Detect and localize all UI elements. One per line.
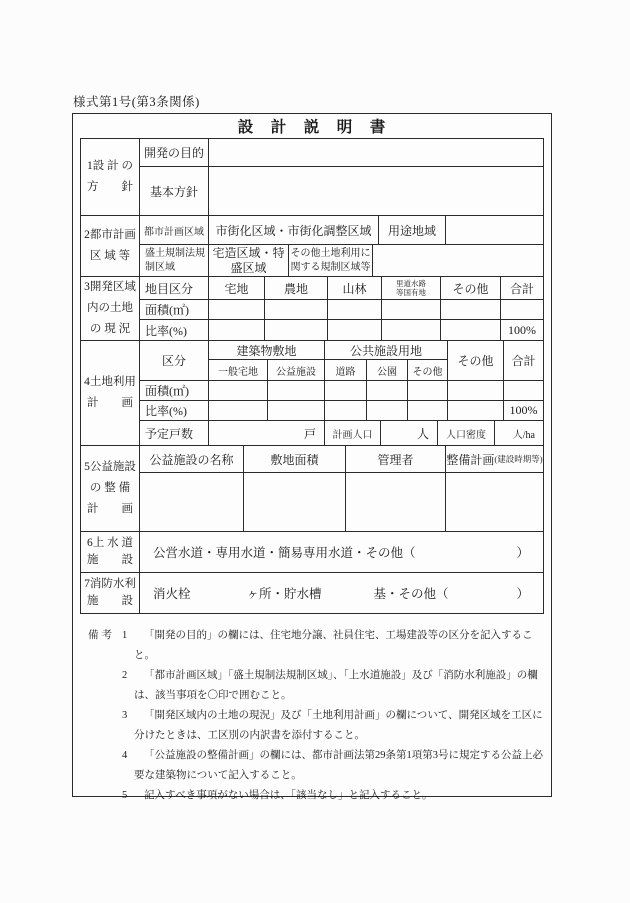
remark-item-2: 2「都市計画区域」「盛土規制法規制区域」、「上水道施設」及び「消防水利施設」の欄…	[122, 666, 543, 706]
form-outer-frame: 設 計 説 明 書 1設 計 の 方 針 開発の目的 基本方針	[72, 113, 552, 797]
ratio-row-label: 比率(%)	[140, 320, 209, 340]
blank-field	[367, 381, 408, 400]
building-site-group: 建築物敷地 一般宅地 公益施設	[209, 341, 325, 380]
urbanization-area-options: 市街化区域・市街化調整区域	[209, 216, 379, 244]
col-header-national-land: 里道水路 等国有地	[382, 277, 441, 299]
section-3-label-line: の 現 況	[90, 319, 130, 340]
water-supply-options-text: 公営水道・専用水道・簡易専用水道・その他（	[153, 543, 416, 561]
development-plan-header-main: 整備計画	[446, 451, 494, 468]
national-land-line: 等国有地	[396, 288, 426, 297]
section-fire-water: 7消防水利 施 設 消火栓 ヶ所・貯水槽 基・その他（ ）	[81, 573, 543, 613]
blank-field	[448, 401, 504, 420]
blank-field	[448, 381, 504, 400]
land-category-header: 地目区分	[140, 277, 209, 299]
blank-field	[325, 381, 367, 400]
blank-field	[265, 320, 328, 340]
section-2-label-line: 区 域 等	[90, 246, 130, 267]
blank-field	[346, 473, 446, 531]
remarks-label: 備考	[88, 626, 122, 806]
section-design-policy: 1設 計 の 方 針 開発の目的 基本方針	[81, 139, 543, 216]
development-purpose-label: 開発の目的	[140, 139, 209, 166]
ratio-row-label: 比率(%)	[140, 401, 209, 420]
subcol-general-residential: 一般宅地	[209, 360, 268, 380]
section-2-label-line: 2都市計画	[84, 225, 136, 246]
facility-name-header: 公益施設の名称	[140, 446, 244, 472]
blank-field	[446, 473, 543, 531]
remark-text: 「開発の目的」の欄には、住宅地分譲、社員住宅、工場建設等の区分を記入すること。	[134, 630, 533, 661]
subcol-park: 公園	[367, 360, 408, 380]
remark-number: 5	[122, 786, 144, 806]
section-4-label-line: 計 画	[87, 393, 133, 414]
section-7-label: 7消防水利 施 設	[81, 573, 140, 613]
section-3-label-line: 内の土地	[87, 298, 133, 319]
area-row-label: 面積(㎡)	[140, 300, 209, 319]
col-header-other: その他	[441, 277, 501, 299]
tank-count-unit: 基・その他（	[374, 584, 449, 602]
section-6-label-line: 6上 水 道	[87, 535, 133, 552]
blank-field	[265, 300, 328, 319]
planned-population-label: 計画人口	[325, 421, 381, 445]
remark-number: 2	[122, 666, 144, 686]
development-purpose-field	[209, 139, 543, 166]
section-1-label-line: 方 針	[87, 177, 133, 198]
subcol-other: その他	[408, 360, 447, 380]
water-supply-options: 公営水道・専用水道・簡易専用水道・その他（ ）	[140, 532, 543, 572]
city-planning-area-label: 都市計画区域	[140, 216, 209, 244]
area-row-label: 面積(㎡)	[140, 381, 209, 400]
remark-number: 1	[122, 626, 144, 646]
public-facility-land-group: 公共施設用地 道路 公園 その他	[325, 341, 448, 380]
classification-header: 区分	[140, 341, 209, 380]
section-4-label-line: 4土地利用	[84, 372, 136, 393]
remark-item-5: 5記入すべき事項がない場合は、「該当なし」と記入すること。	[122, 786, 543, 806]
blank-field	[209, 320, 265, 340]
blank-field	[408, 381, 448, 400]
site-area-header: 敷地面積	[244, 446, 346, 472]
fill-regulation-options: 宅造区域・特盛区域	[209, 245, 289, 276]
section-3-label: 3開発区域 内の土地 の 現 況	[81, 277, 140, 340]
closing-paren: ）	[516, 543, 529, 561]
building-site-group-header: 建築物敷地	[209, 341, 324, 360]
section-4-label: 4土地利用 計 画	[81, 341, 140, 445]
blank-field	[268, 401, 325, 420]
blank-field	[504, 381, 543, 400]
blank-field	[268, 381, 325, 400]
section-6-label-line: 施 設	[87, 552, 133, 569]
basic-policy-field	[209, 167, 543, 215]
development-plan-header: 整備計画(建設時期等)	[446, 446, 543, 472]
population-density-label: 人口密度	[438, 421, 495, 445]
fire-hydrant-label: 消火栓	[153, 584, 191, 602]
remarks-list: 1「開発の目的」の欄には、住宅地分譲、社員住宅、工場建設等の区分を記入すること。…	[122, 626, 543, 806]
blank-field	[140, 473, 244, 531]
section-5-label-line: 計 画	[87, 499, 133, 520]
section-land-current-state: 3開発区域 内の土地 の 現 況 地目区分 宅地 農地 山林 里道水路 等国有地…	[81, 277, 543, 341]
use-district-field	[446, 216, 543, 244]
planned-units-label: 予定戸数	[140, 421, 209, 445]
subcol-public-benefit: 公益施設	[268, 360, 324, 380]
blank-field	[501, 300, 543, 319]
blank-field	[367, 401, 408, 420]
national-land-line: 里道水路	[396, 279, 426, 288]
planned-population-field: 人	[381, 421, 438, 445]
remark-text: 「開発区域内の土地の現況」及び「土地利用計画」の欄について、開発区域を工区に分け…	[134, 710, 543, 741]
fire-water-options: 消火栓 ヶ所・貯水槽 基・その他（ ）	[140, 573, 543, 613]
ratio-total-value: 100%	[504, 401, 543, 420]
blank-field	[441, 300, 501, 319]
remark-text: 記入すべき事項がない場合は、「該当なし」と記入すること。	[144, 790, 433, 801]
public-facility-group-header: 公共施設用地	[325, 341, 447, 360]
fill-regulation-area-label: 盛土規制法規制区域	[140, 245, 209, 276]
section-7-label-line: 7消防水利	[84, 576, 136, 593]
form-number-note: 様式第1号(第3条関係)	[73, 92, 200, 110]
other-land-use-regulation-label: その他土地利用に関する規制区域等	[289, 245, 373, 276]
section-city-planning-area: 2都市計画 区 域 等 都市計画区域 市街化区域・市街化調整区域 用途地域 盛土…	[81, 216, 543, 277]
blank-field	[209, 401, 268, 420]
section-5-label-line: の 整 備	[90, 478, 130, 499]
ratio-total-value: 100%	[501, 320, 543, 340]
remark-text: 「公益施設の整備計画」の欄には、都市計画法第29条第1項第3号に規定する公益上必…	[134, 750, 543, 781]
section-6-label: 6上 水 道 施 設	[81, 532, 140, 572]
remark-text: 「都市計画区域」「盛土規制法規制区域」、「上水道施設」及び「消防水利施設」の欄は…	[134, 670, 538, 701]
basic-policy-label: 基本方針	[140, 167, 209, 215]
col-header-total: 合計	[504, 341, 543, 380]
blank-field	[382, 320, 441, 340]
form-table: 1設 計 の 方 針 開発の目的 基本方針 2都市計画 区 域 等	[80, 138, 544, 614]
section-3-label-line: 3開発区域	[84, 277, 136, 298]
section-2-label: 2都市計画 区 域 等	[81, 216, 140, 276]
section-5-label-line: 5公益施設	[84, 457, 136, 478]
remark-number: 3	[122, 706, 144, 726]
closing-paren: ）	[516, 584, 529, 602]
hydrant-count-unit: ヶ所・貯水槽	[247, 584, 322, 602]
blank-field	[382, 300, 441, 319]
use-district-label: 用途地域	[379, 216, 446, 244]
development-plan-header-note: (建設時期等)	[494, 453, 542, 465]
blank-field	[328, 300, 382, 319]
blank-field	[244, 473, 346, 531]
col-header-other: その他	[448, 341, 504, 380]
planned-units-field: 戸	[209, 421, 325, 445]
blank-field	[441, 320, 501, 340]
remark-item-1: 1「開発の目的」の欄には、住宅地分譲、社員住宅、工場建設等の区分を記入すること。	[122, 626, 543, 666]
blank-field	[328, 320, 382, 340]
remarks: 備考 1「開発の目的」の欄には、住宅地分譲、社員住宅、工場建設等の区分を記入する…	[88, 626, 543, 806]
remark-item-3: 3「開発区域内の土地の現況」及び「土地利用計画」の欄について、開発区域を工区に分…	[122, 706, 543, 746]
section-5-label: 5公益施設 の 整 備 計 画	[81, 446, 140, 531]
section-7-label-line: 施 設	[87, 593, 133, 610]
blank-field	[408, 401, 448, 420]
blank-field	[209, 300, 265, 319]
section-land-use-plan: 4土地利用 計 画 区分 建築物敷地 一般宅地 公益施設 公共施設用地	[81, 341, 543, 446]
section-water-supply: 6上 水 道 施 設 公営水道・専用水道・簡易専用水道・その他（ ）	[81, 532, 543, 573]
subcol-road: 道路	[325, 360, 367, 380]
col-header-residential: 宅地	[209, 277, 265, 299]
remark-item-4: 4「公益施設の整備計画」の欄には、都市計画法第29条第1項第3号に規定する公益上…	[122, 746, 543, 786]
remark-number: 4	[122, 746, 144, 766]
section-1-label-line: 1設 計 の	[87, 156, 133, 177]
blank-field	[209, 381, 268, 400]
section-1-label: 1設 計 の 方 針	[81, 139, 140, 215]
manager-header: 管理者	[346, 446, 446, 472]
section-public-facility-plan: 5公益施設 の 整 備 計 画 公益施設の名称 敷地面積 管理者 整備計画(建設…	[81, 446, 543, 532]
col-header-farmland: 農地	[265, 277, 328, 299]
col-header-forest: 山林	[328, 277, 382, 299]
blank-field	[325, 401, 367, 420]
other-regulation-field	[373, 245, 543, 276]
col-header-total: 合計	[501, 277, 543, 299]
population-density-field: 人/ha	[495, 421, 543, 445]
document-title: 設 計 説 明 書	[73, 114, 551, 138]
